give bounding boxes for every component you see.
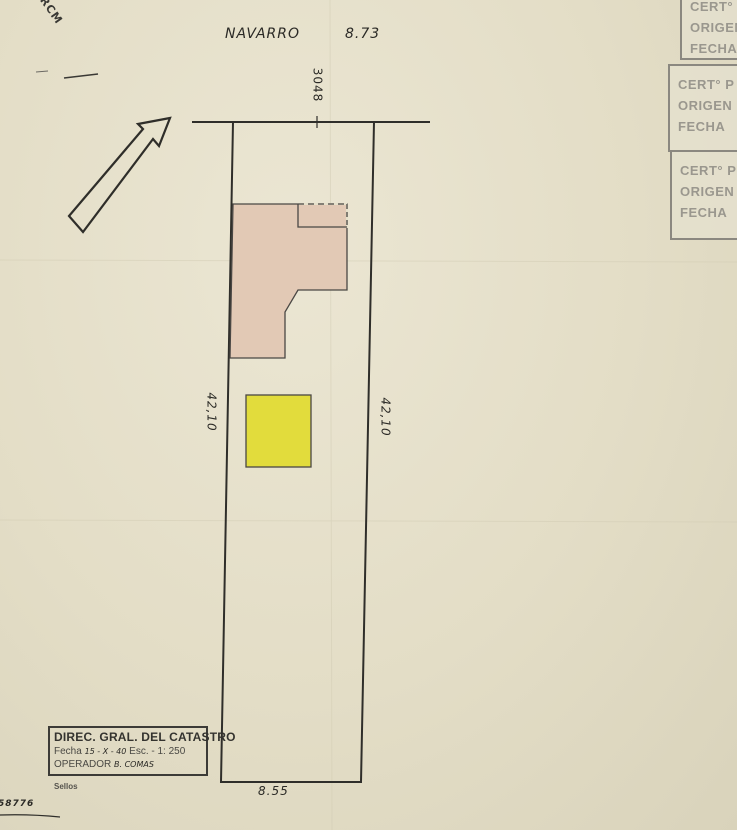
- certificate-stamp-3: CERT° P ORIGEN FECHA: [670, 150, 737, 240]
- operador-value: B. COMAS: [114, 760, 154, 769]
- stamp-line: CERT° P: [682, 0, 737, 17]
- lot-plan-drawing: [0, 0, 737, 830]
- stamp-line: ORIGEN: [672, 181, 737, 202]
- stamp-line: CERT° P: [670, 66, 737, 95]
- escala-label: Esc. - 1:: [129, 746, 166, 757]
- bottom-left-note: 58776: [0, 799, 34, 809]
- certificate-stamp-2: CERT° P ORIGEN FECHA: [668, 64, 737, 152]
- sellos-label: Sellos: [54, 782, 78, 791]
- fecha-value: 15 - X - 40: [85, 747, 127, 756]
- stamp-line: CERT° P: [672, 152, 737, 181]
- fecha-label: Fecha: [54, 746, 82, 757]
- catastro-date-row: Fecha 15 - X - 40 Esc. - 1: 250: [54, 746, 202, 757]
- street-name: NAVARRO: [225, 26, 300, 42]
- stamp-line: ORIGEN: [670, 95, 737, 116]
- catastro-title: DIREC. GRAL. DEL CATASTRO: [54, 730, 202, 744]
- stamp-line: FECHA: [682, 38, 737, 59]
- stamp-line: FECHA: [672, 202, 737, 223]
- catastro-operator-row: OPERADOR B. COMAS: [54, 759, 202, 770]
- right-side-dimension: 42,10: [379, 397, 393, 436]
- north-arrow-icon: [69, 118, 170, 232]
- certificate-stamp-1: CERT° P ORIGEN FECHA: [680, 0, 737, 60]
- escala-value: 250: [169, 746, 186, 757]
- left-side-dimension: 42,10: [205, 392, 219, 431]
- stamp-line: FECHA: [670, 116, 737, 137]
- operador-label: OPERADOR: [54, 759, 111, 770]
- street-frontage: 8.73: [345, 26, 380, 42]
- door-number: 3048: [310, 68, 324, 103]
- rear-dimension: 8.55: [258, 784, 289, 798]
- catastro-stamp: DIREC. GRAL. DEL CATASTRO Fecha 15 - X -…: [48, 726, 208, 776]
- yellow-area: [246, 395, 311, 467]
- stamp-line: ORIGEN: [682, 17, 737, 38]
